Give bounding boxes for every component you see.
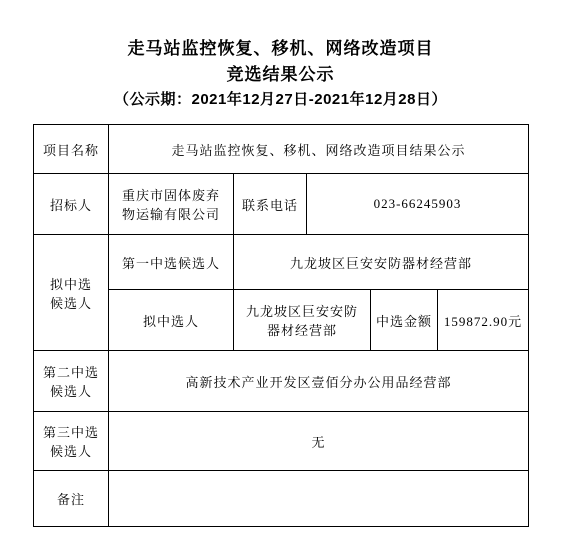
title-publicity-period: （公示期：2021年12月27日-2021年12月28日）	[33, 88, 528, 112]
proposed-winner-value: 九龙坡区巨安安防 器材经营部	[234, 290, 371, 351]
notice-page: 走马站监控恢复、移机、网络改造项目 竞选结果公示 （公示期：2021年12月27…	[0, 0, 574, 541]
remarks-value	[109, 471, 529, 527]
remarks-label: 备注	[34, 471, 109, 527]
result-table: 项目名称 走马站监控恢复、移机、网络改造项目结果公示 招标人 重庆市固体废弃 物…	[33, 124, 529, 527]
row-tenderee: 招标人 重庆市固体废弃 物运输有限公司 联系电话 023-66245903	[34, 174, 529, 235]
amount-value: 159872.90元	[438, 290, 529, 351]
tenderee-label: 招标人	[34, 174, 109, 235]
phone-value: 023-66245903	[307, 174, 529, 235]
title-line-2: 竞选结果公示	[33, 62, 528, 88]
project-name-label: 项目名称	[34, 125, 109, 174]
proposed-winner-label: 拟中选人	[109, 290, 234, 351]
first-candidate-value: 九龙坡区巨安安防器材经营部	[234, 235, 529, 290]
row-remarks: 备注	[34, 471, 529, 527]
row-third-candidate: 第三中选 候选人 无	[34, 412, 529, 471]
title-line-1: 走马站监控恢复、移机、网络改造项目	[33, 36, 528, 62]
row-second-candidate: 第二中选 候选人 高新技术产业开发区壹佰分办公用品经营部	[34, 351, 529, 412]
amount-label: 中选金额	[371, 290, 438, 351]
phone-label: 联系电话	[234, 174, 307, 235]
row-project-name: 项目名称 走马站监控恢复、移机、网络改造项目结果公示	[34, 125, 529, 174]
row-proposed-winner: 拟中选人 九龙坡区巨安安防 器材经营部 中选金额 159872.90元	[34, 290, 529, 351]
tenderee-value: 重庆市固体废弃 物运输有限公司	[109, 174, 234, 235]
second-candidate-label: 第二中选 候选人	[34, 351, 109, 412]
proposed-candidates-label: 拟中选 候选人	[34, 235, 109, 351]
third-candidate-label: 第三中选 候选人	[34, 412, 109, 471]
notice-title: 走马站监控恢复、移机、网络改造项目 竞选结果公示 （公示期：2021年12月27…	[33, 0, 528, 112]
project-name-value: 走马站监控恢复、移机、网络改造项目结果公示	[109, 125, 529, 174]
third-candidate-value: 无	[109, 412, 529, 471]
row-first-candidate: 拟中选 候选人 第一中选候选人 九龙坡区巨安安防器材经营部	[34, 235, 529, 290]
first-candidate-label: 第一中选候选人	[109, 235, 234, 290]
second-candidate-value: 高新技术产业开发区壹佰分办公用品经营部	[109, 351, 529, 412]
